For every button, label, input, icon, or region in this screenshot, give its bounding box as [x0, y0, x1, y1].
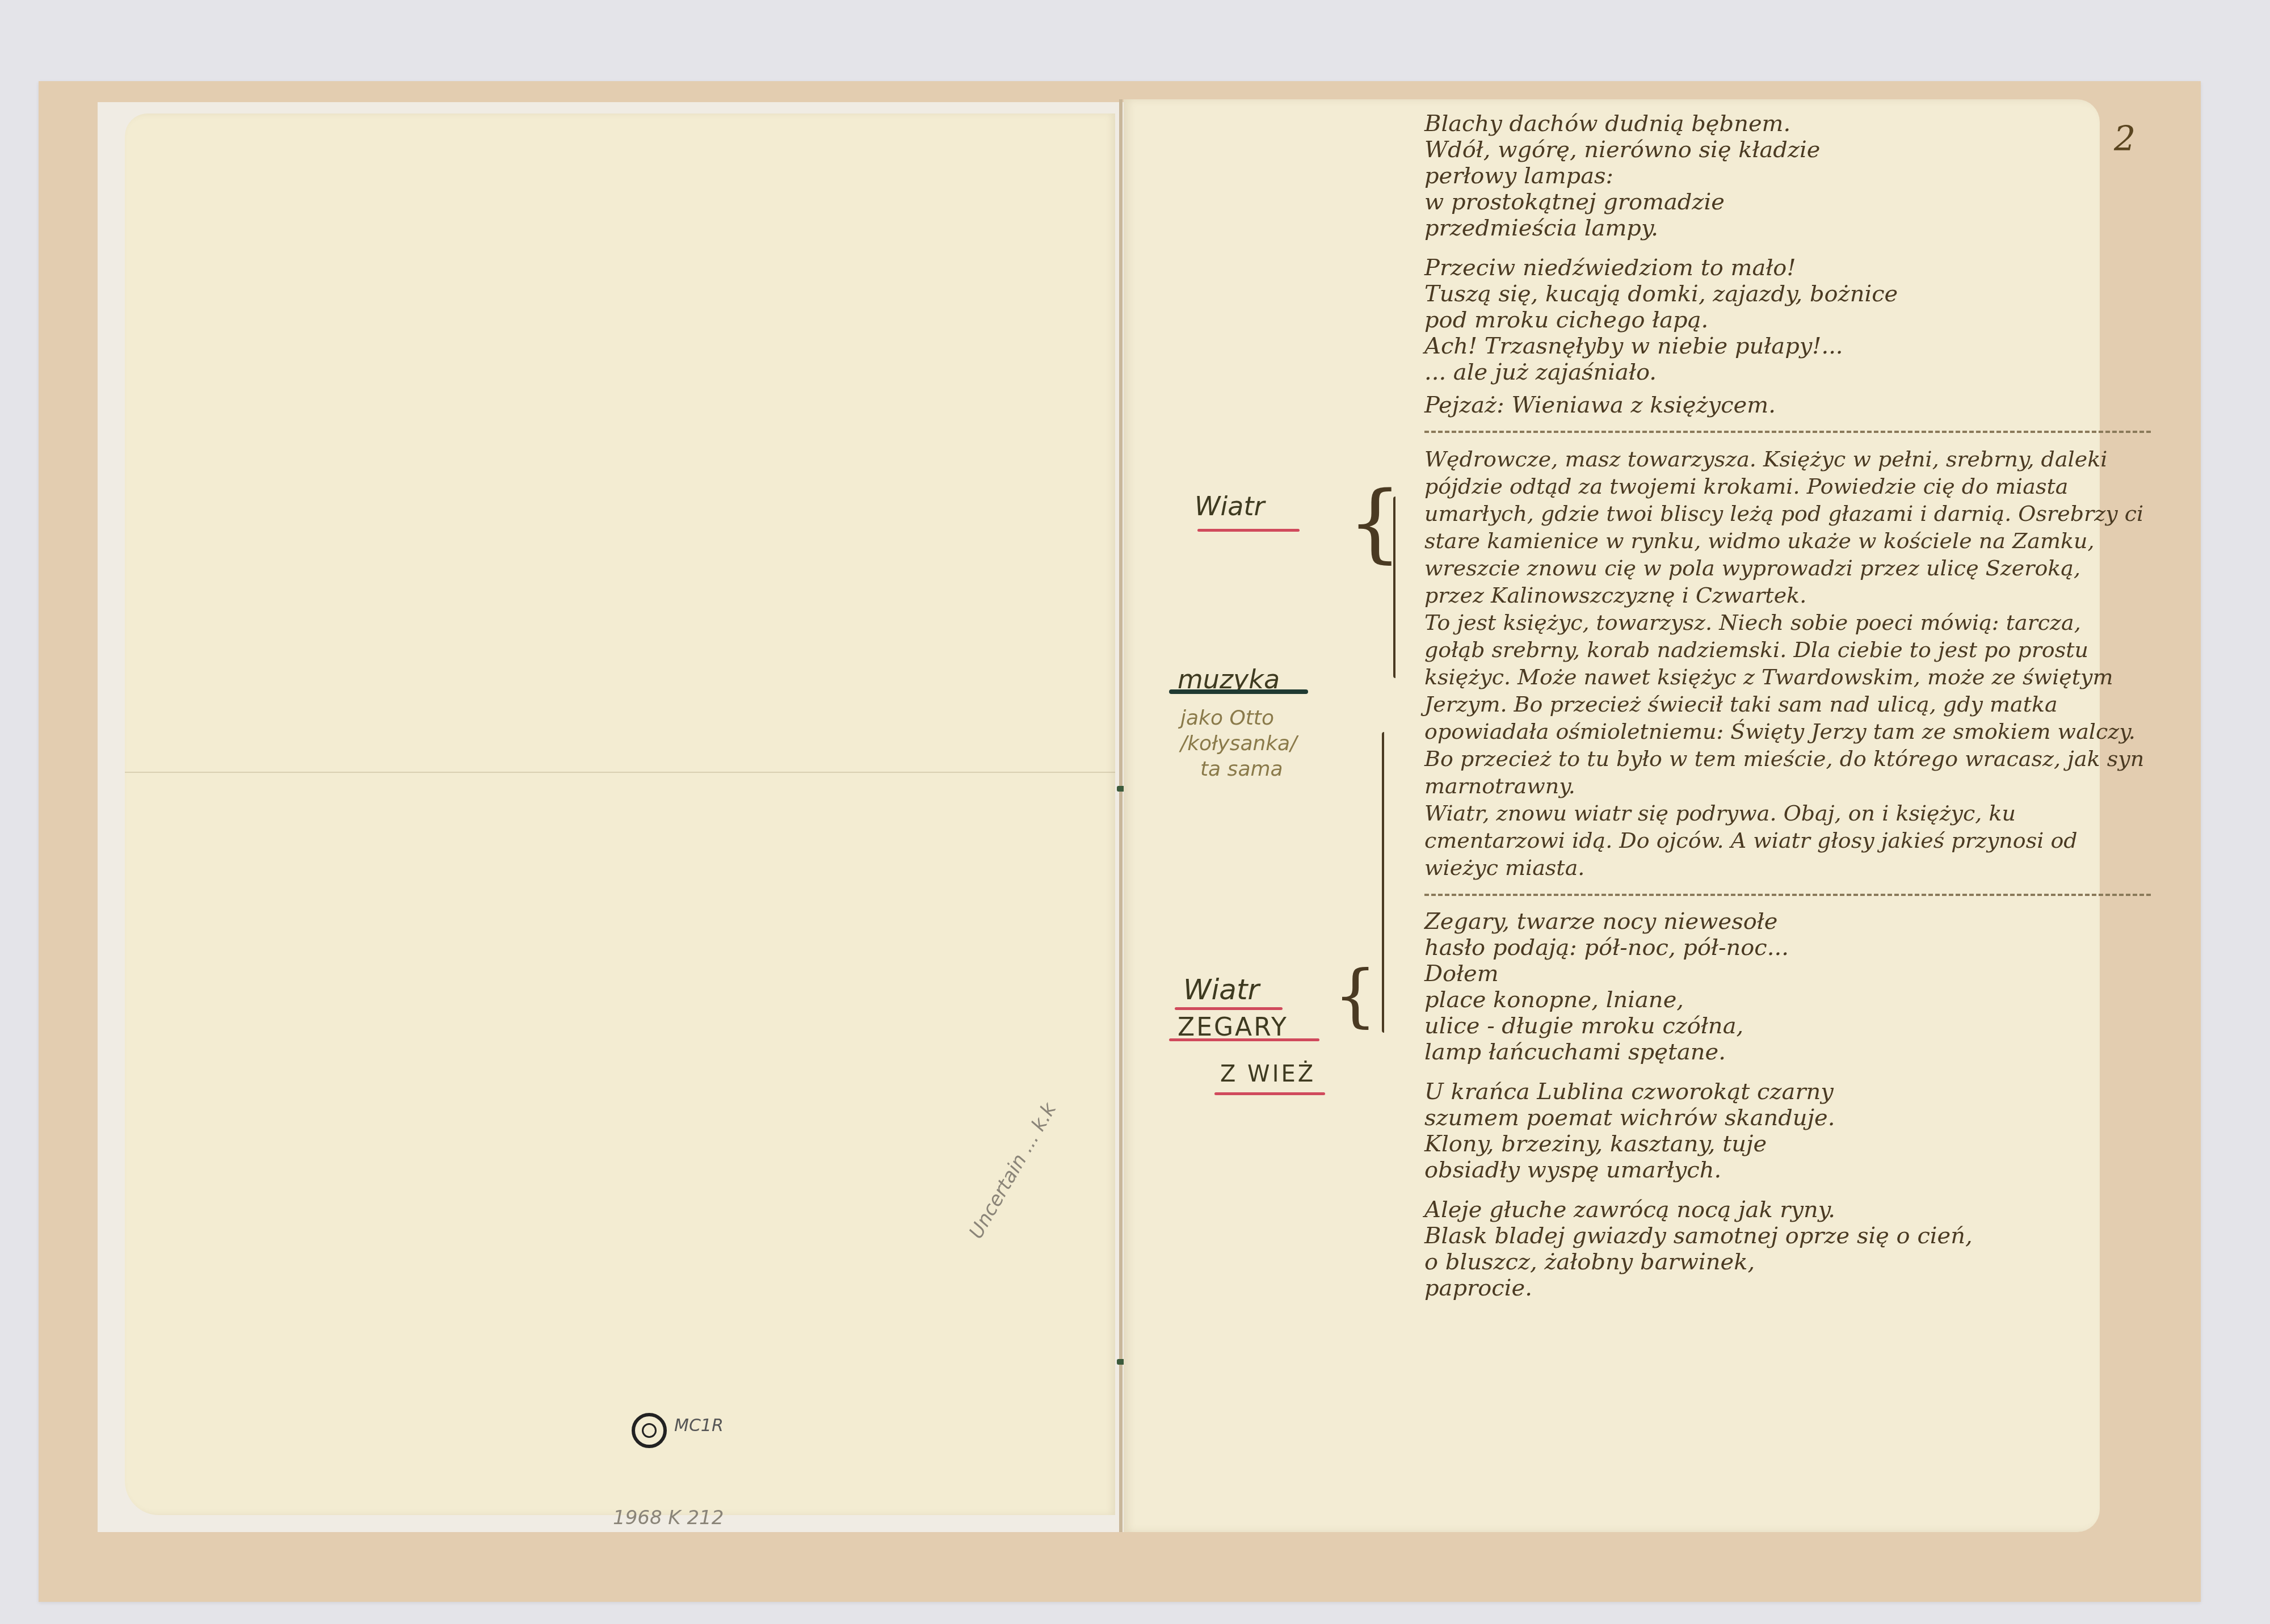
verse-line: Tuszą się, kucają domki, zajazdy, bożnic… — [1424, 281, 2162, 307]
verse-line: paprocie. — [1424, 1275, 2162, 1301]
stamp-code: MC1R — [674, 1416, 724, 1436]
margin-note-wiatr-2: Wiatr — [1183, 973, 1259, 1006]
prose-paragraph: Wędrowcze, masz towarzysza. Księżyc w pe… — [1424, 445, 2145, 609]
prose-paragraph: To jest księżyc, towarzysz. Niech sobie … — [1424, 609, 2145, 800]
verse-line: Wdół, wgórę, nierówno się kładzie — [1424, 137, 2162, 163]
margin-note-wiatr-1: Wiatr — [1195, 491, 1264, 521]
verse-line: Blachy dachów dudnią bębnem. — [1424, 111, 2162, 137]
verse-line: Zegary, twarze nocy niewesołe — [1424, 908, 2162, 935]
bracket-line — [1382, 732, 1384, 1033]
verse-line: lamp łańcuchami spętane. — [1424, 1039, 2162, 1065]
margin-note-z-wiez: Z WIEŻ — [1220, 1061, 1315, 1087]
red-underline — [1197, 529, 1300, 532]
verse-line: ... ale już zajaśniało. — [1424, 359, 2162, 385]
verse-line: przedmieścia lampy. — [1424, 215, 2162, 241]
verse-line: U krańca Lublina czworokąt czarny — [1424, 1079, 2162, 1105]
bracket-line — [1393, 497, 1395, 678]
red-underline — [1169, 1038, 1319, 1041]
accession-number: 1968 K 212 — [613, 1507, 724, 1529]
verse-line: w prostokątnej gromadzie — [1424, 189, 2162, 215]
green-underline — [1169, 689, 1308, 694]
verse-line: Aleje głuche zawrócą nocą jak ryny. — [1424, 1197, 2162, 1223]
dashed-divider — [1424, 431, 2151, 433]
verse-line: szumem poemat wichrów skanduje. — [1424, 1105, 2162, 1131]
prose-paragraph: Wiatr, znowu wiatr się podrywa. Obaj, on… — [1424, 800, 2145, 881]
dashed-divider — [1424, 894, 2151, 896]
verse-line: Przeciw niedźwiedziom to mało! — [1424, 255, 2162, 281]
verse-line: hasło podają: pół-noc, pół-noc... — [1424, 935, 2162, 961]
verse-line: obsiadły wyspę umarłych. — [1424, 1157, 2162, 1183]
verse-line: Ach! Trzasnęłyby w niebie pułapy!... — [1424, 333, 2162, 359]
verse-line: place konopne, lniane, — [1424, 987, 2162, 1013]
scene-heading: Pejzaż: Wieniawa z księżycem. — [1424, 392, 2162, 418]
verse-line: perłowy lampas: — [1424, 163, 2162, 189]
verse-line: ulice - długie mroku czółna, — [1424, 1013, 2162, 1039]
margin-note-ta-sama: ta sama — [1200, 758, 1283, 781]
verse-line: Klony, brzeziny, kasztany, tuje — [1424, 1131, 2162, 1157]
library-stamp-icon — [632, 1413, 667, 1448]
verse-line: Blask bladej gwiazdy samotnej oprze się … — [1424, 1223, 2162, 1249]
red-underline — [1214, 1092, 1325, 1095]
binding-gutter — [1119, 99, 1123, 1532]
red-underline — [1175, 1007, 1283, 1010]
page-fold-line — [125, 772, 1115, 773]
margin-note-jako-otto: jako Otto — [1180, 706, 1274, 730]
margin-note-kolysanka: /kołysanka/ — [1180, 732, 1297, 755]
verse-line: Dołem — [1424, 961, 2162, 987]
margin-note-zegary: ZEGARY — [1178, 1013, 1288, 1042]
curly-brace-icon: { — [1334, 956, 1377, 1035]
verse-line: pod mroku cichego łapą. — [1424, 307, 2162, 333]
manuscript-text: Blachy dachów dudnią bębnem. Wdół, wgórę… — [1424, 111, 2162, 1301]
verse-line: o bluszcz, żałobny barwinek, — [1424, 1249, 2162, 1275]
left-page — [125, 113, 1115, 1515]
